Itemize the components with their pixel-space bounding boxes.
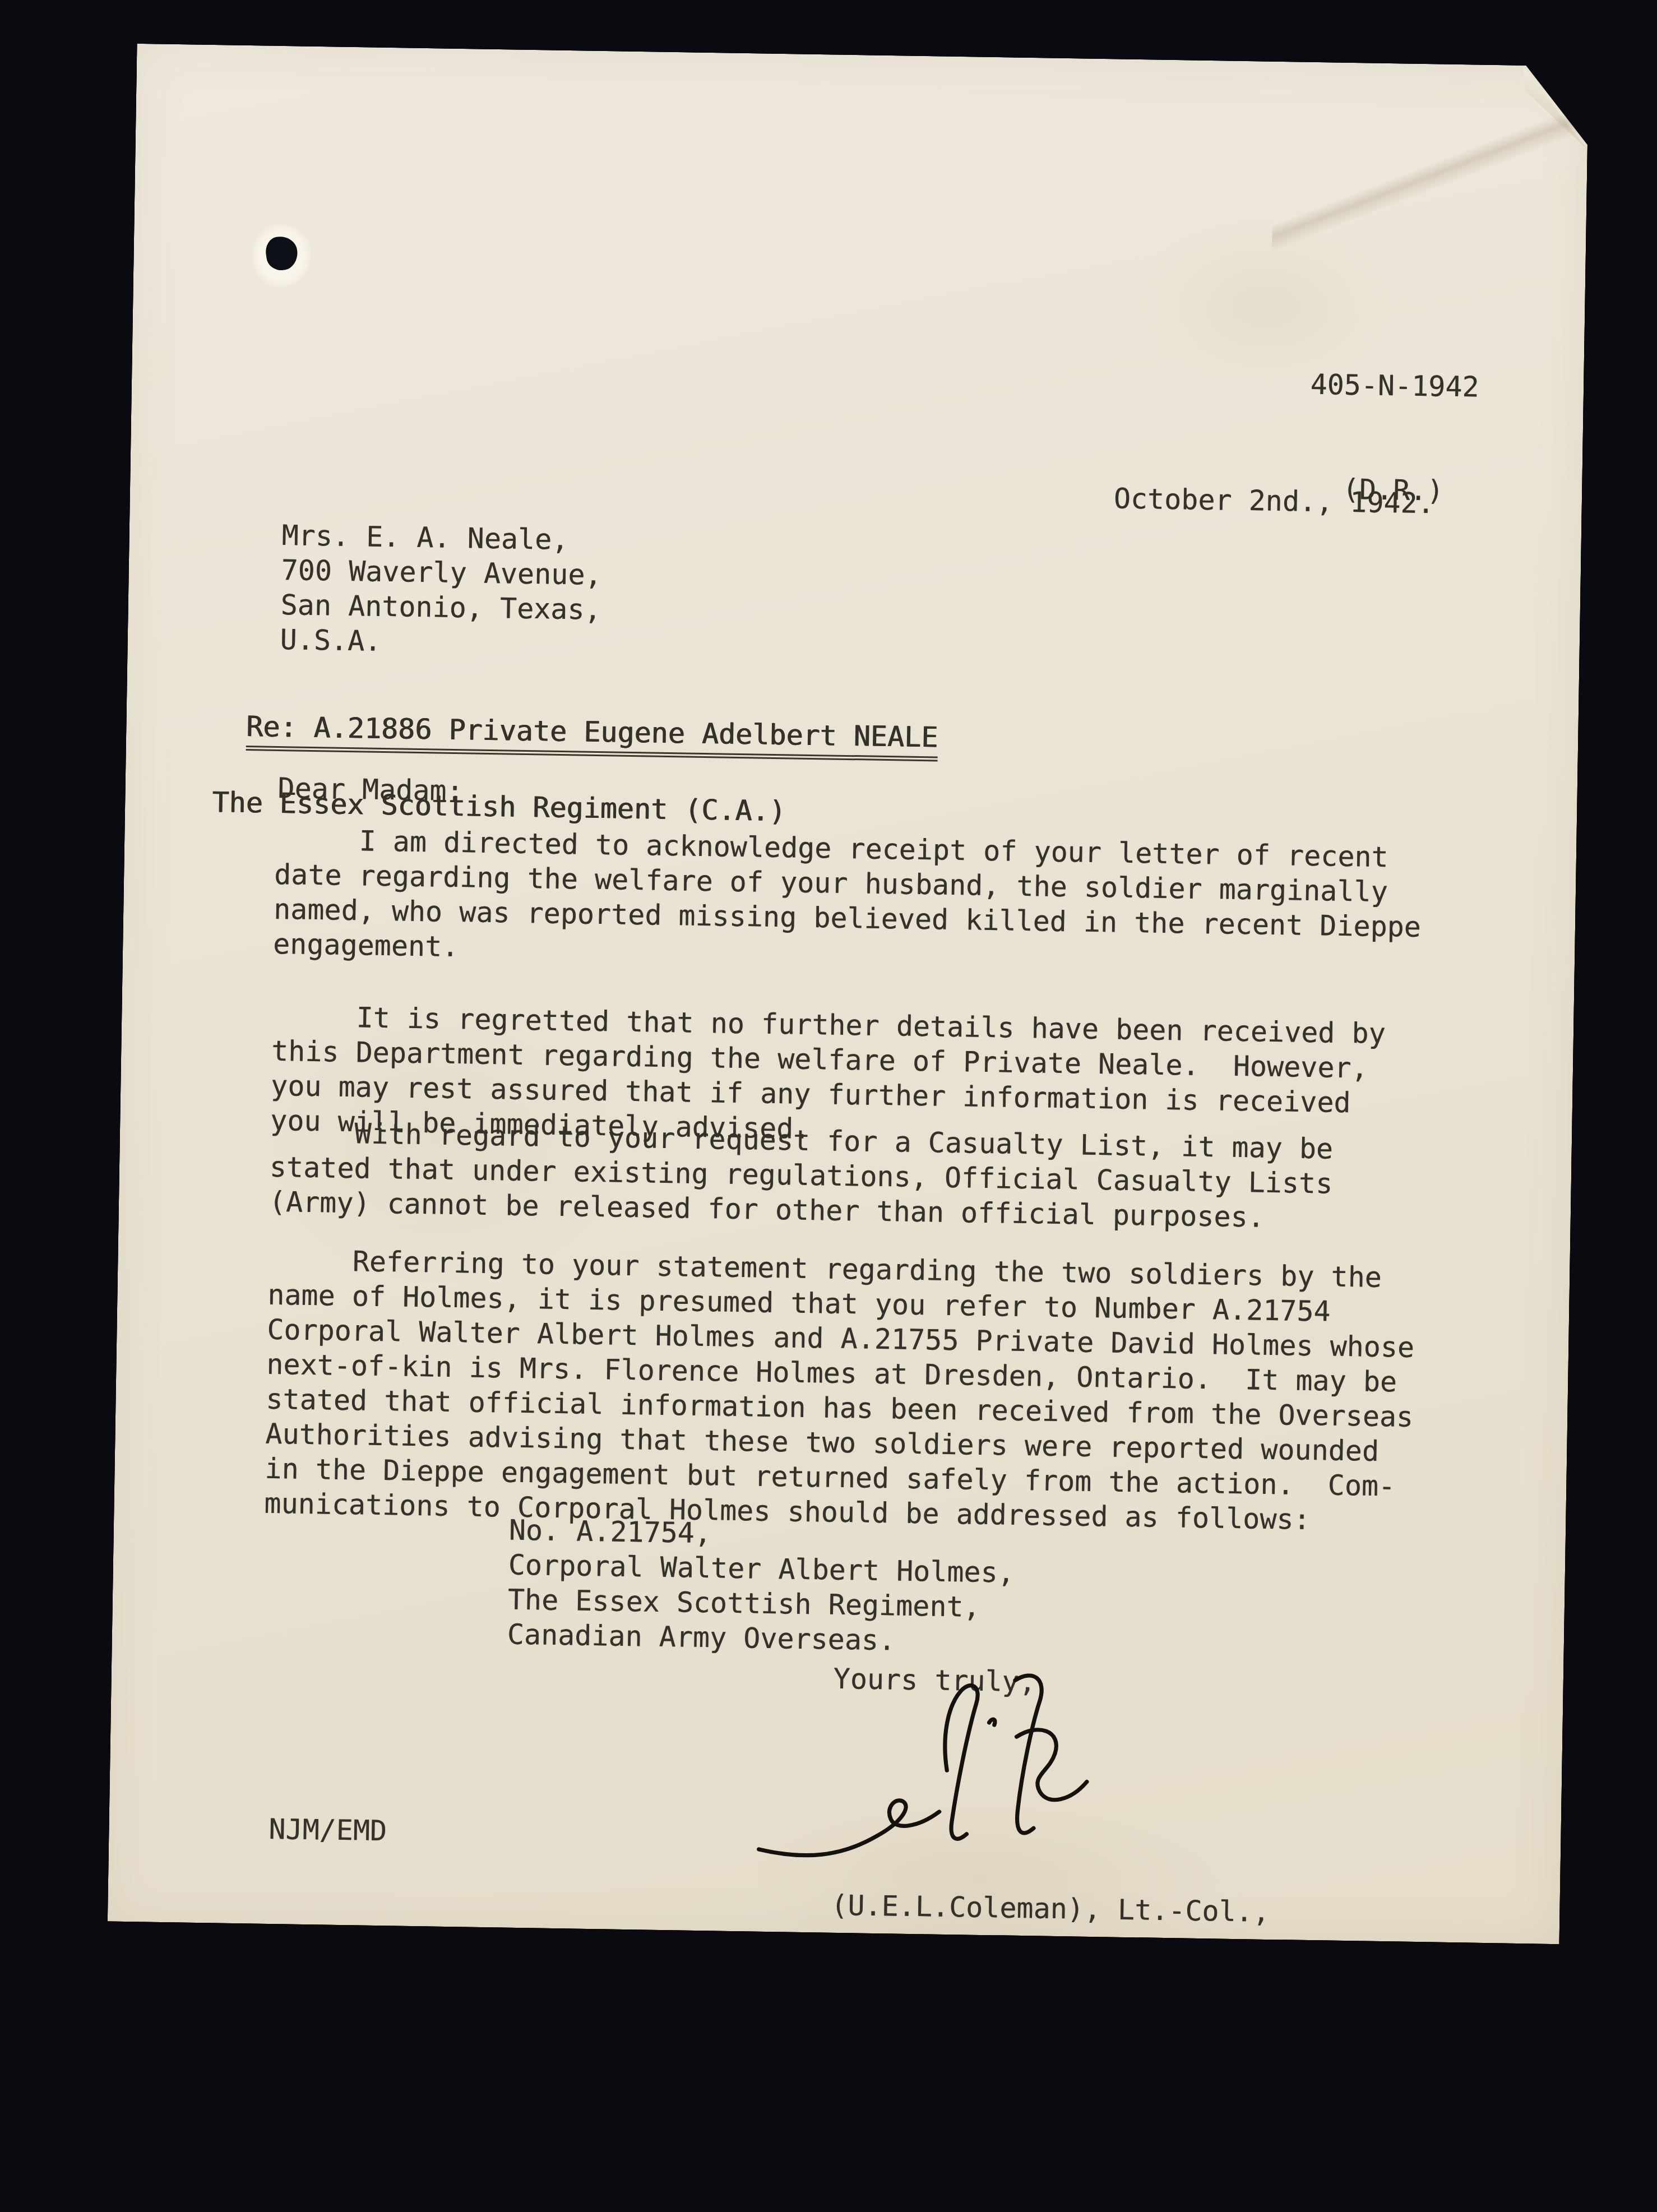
paragraph-1: I am directed to acknowledge receipt of … (273, 822, 1423, 979)
forward-address: No. A.21754, Corporal Walter Albert Holm… (507, 1513, 1015, 1660)
paragraph-3: With regard to your request for a Casual… (269, 1115, 1334, 1236)
recipient-address: Mrs. E. A. Neale, 700 Waverly Avenue, Sa… (280, 518, 603, 662)
file-reference-number: 405-N-1942 (1302, 367, 1488, 405)
signature-block: (U.E.L.Coleman), Lt.-Col., Officer i/c R… (826, 1818, 1271, 2020)
corner-fold (1521, 66, 1589, 150)
signer-title-1: Officer i/c Records, (851, 1992, 1269, 2020)
punch-hole-torn-ring (252, 224, 312, 288)
typist-initials: NJM/EMD (269, 1812, 387, 1848)
paragraph-4: Referring to your statement regarding th… (264, 1243, 1416, 1539)
subject-line-1: Re: A.21886 Private Eugene Adelbert NEAL… (246, 709, 938, 761)
date-line: October 2nd., 1942. (1113, 481, 1434, 521)
photo-background: 405-N-1942 (D.R.) October 2nd., 1942. Mr… (0, 0, 1657, 2020)
punch-hole (264, 235, 299, 272)
letter-page: 405-N-1942 (D.R.) October 2nd., 1942. Mr… (108, 44, 1589, 1944)
corner-crease (1272, 84, 1589, 269)
signer-name: (U.E.L.Coleman), Lt.-Col., (831, 1888, 1270, 1929)
salutation: Dear Madam: (277, 771, 464, 808)
file-reference: 405-N-1942 (D.R.) (1299, 298, 1489, 579)
